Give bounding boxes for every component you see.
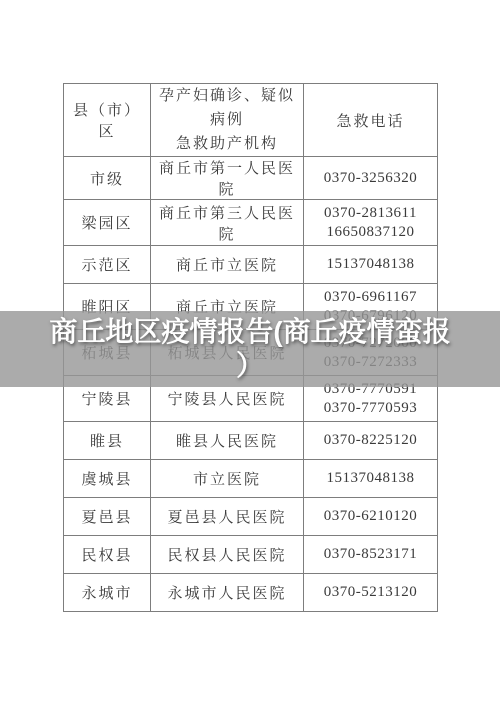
header-district: 县（市）区: [64, 84, 151, 157]
phone-cell: 0370-8523171: [304, 536, 438, 574]
hospital-cell: 商丘市立医院: [151, 246, 304, 284]
district-cell: 虞城县: [64, 460, 151, 498]
phone-cell: 0370-3256320: [304, 157, 438, 200]
phone-number: 0370-2813611: [306, 204, 435, 223]
phone-number: 0370-8523171: [306, 545, 435, 564]
watermark-title-band: 商丘地区疫情报告(商丘疫情蛮报 ）: [0, 311, 500, 387]
hospital-cell: 商丘市第一人民医院: [151, 157, 304, 200]
hospital-cell: 睢县人民医院: [151, 422, 304, 460]
table-row: 市级商丘市第一人民医院0370-3256320: [64, 157, 438, 200]
district-cell: 民权县: [64, 536, 151, 574]
header-phone: 急救电话: [304, 84, 438, 157]
hospital-cell: 夏邑县人民医院: [151, 498, 304, 536]
phone-cell: 0370-8225120: [304, 422, 438, 460]
page-background: 县（市）区 孕产妇确诊、疑似病例 急救助产机构 急救电话 市级商丘市第一人民医院…: [0, 0, 500, 706]
phone-number: 0370-3256320: [306, 169, 435, 188]
phone-cell: 15137048138: [304, 246, 438, 284]
district-cell: 夏邑县: [64, 498, 151, 536]
phone-cell: 0370-6210120: [304, 498, 438, 536]
table-row: 示范区商丘市立医院15137048138: [64, 246, 438, 284]
watermark-title-line2: ）: [236, 349, 264, 383]
phone-number: 15137048138: [306, 255, 435, 274]
hospital-cell: 市立医院: [151, 460, 304, 498]
phone-number: 0370-8225120: [306, 431, 435, 450]
header-institution-line2: 急救助产机构: [153, 132, 301, 156]
phone-cell: 0370-281361116650837120: [304, 200, 438, 246]
header-institution: 孕产妇确诊、疑似病例 急救助产机构: [151, 84, 304, 157]
phone-number: 0370-6210120: [306, 507, 435, 526]
district-cell: 睢县: [64, 422, 151, 460]
phone-number: 0370-7770593: [306, 399, 435, 418]
table-row: 永城市永城市人民医院0370-5213120: [64, 574, 438, 612]
district-cell: 梁园区: [64, 200, 151, 246]
table-row: 夏邑县夏邑县人民医院0370-6210120: [64, 498, 438, 536]
table-row: 虞城县市立医院15137048138: [64, 460, 438, 498]
table-header-row: 县（市）区 孕产妇确诊、疑似病例 急救助产机构 急救电话: [64, 84, 438, 157]
phone-cell: 0370-5213120: [304, 574, 438, 612]
watermark-title-line1: 商丘地区疫情报告(商丘疫情蛮报: [49, 315, 450, 349]
district-cell: 示范区: [64, 246, 151, 284]
phone-number: 16650837120: [306, 223, 435, 242]
header-institution-line1: 孕产妇确诊、疑似病例: [153, 84, 301, 132]
hospital-cell: 民权县人民医院: [151, 536, 304, 574]
table-row: 睢县睢县人民医院0370-8225120: [64, 422, 438, 460]
phone-cell: 15137048138: [304, 460, 438, 498]
table-row: 梁园区商丘市第三人民医院0370-281361116650837120: [64, 200, 438, 246]
district-cell: 永城市: [64, 574, 151, 612]
hospital-cell: 商丘市第三人民医院: [151, 200, 304, 246]
phone-number: 0370-6961167: [306, 288, 435, 307]
district-cell: 市级: [64, 157, 151, 200]
phone-number: 0370-5213120: [306, 583, 435, 602]
phone-number: 15137048138: [306, 469, 435, 488]
hospital-cell: 永城市人民医院: [151, 574, 304, 612]
table-row: 民权县民权县人民医院0370-8523171: [64, 536, 438, 574]
